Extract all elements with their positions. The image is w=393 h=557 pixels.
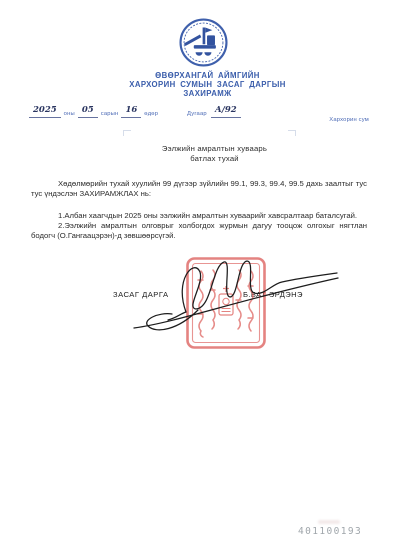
number-group: Дугаар А/92	[187, 105, 241, 118]
paragraph-item-2: 2.Ээлжийн амралтын олговрыг холбогдох жу…	[31, 221, 367, 242]
paragraph-preamble: Хөдөлмөрийн тухай хуулийн 99 дүгээр зүйл…	[31, 179, 367, 200]
place-group: Хархорин сум	[329, 108, 369, 126]
year-handwritten: 2025	[29, 105, 61, 118]
place-label: Хархорин сум	[329, 117, 369, 124]
letterhead: ӨВӨРХАНГАЙ АЙМГИЙН ХАРХОРИН СУМЫН ЗАСАГ …	[0, 71, 393, 98]
dateline: 2025 оны 05 сарын 16 өдөр Дугаар А/92 Ха…	[0, 105, 393, 120]
letterhead-line1: ӨВӨРХАНГАЙ АЙМГИЙН	[22, 71, 393, 80]
month-label: сарын	[101, 111, 119, 118]
faint-ink-mark	[318, 520, 340, 524]
month-handwritten: 05	[78, 105, 98, 118]
government-emblem-icon	[177, 16, 230, 69]
paragraph-item-1: 1.Албан хаагчдын 2025 оны ээлжийн амралт…	[31, 211, 367, 221]
day-label: өдөр	[144, 111, 158, 118]
corner-mark-left	[123, 130, 131, 136]
number-handwritten: А/92	[211, 105, 241, 118]
document-title: Ээлжийн амралтын хуваарь батлах тухай	[0, 144, 393, 164]
day-handwritten: 16	[121, 105, 141, 118]
number-label: Дугаар	[187, 111, 207, 118]
year-label: оны	[64, 111, 75, 118]
date-group: 2025 оны 05 сарын 16 өдөр	[29, 105, 158, 118]
handwritten-signature	[128, 252, 343, 337]
document-page: ӨВӨРХАНГАЙ АЙМГИЙН ХАРХОРИН СУМЫН ЗАСАГ …	[0, 0, 393, 557]
letterhead-line2: ХАРХОРИН СУМЫН ЗАСАГ ДАРГЫН	[22, 80, 393, 89]
document-body: Хөдөлмөрийн тухай хуулийн 99 дүгээр зүйл…	[31, 179, 367, 241]
title-line2: батлах тухай	[36, 154, 393, 164]
letterhead-line3: ЗАХИРАМЖ	[22, 89, 393, 98]
corner-mark-right	[288, 130, 296, 136]
title-line1: Ээлжийн амралтын хуваарь	[36, 144, 393, 154]
document-registration-number: 401100193	[298, 526, 362, 537]
